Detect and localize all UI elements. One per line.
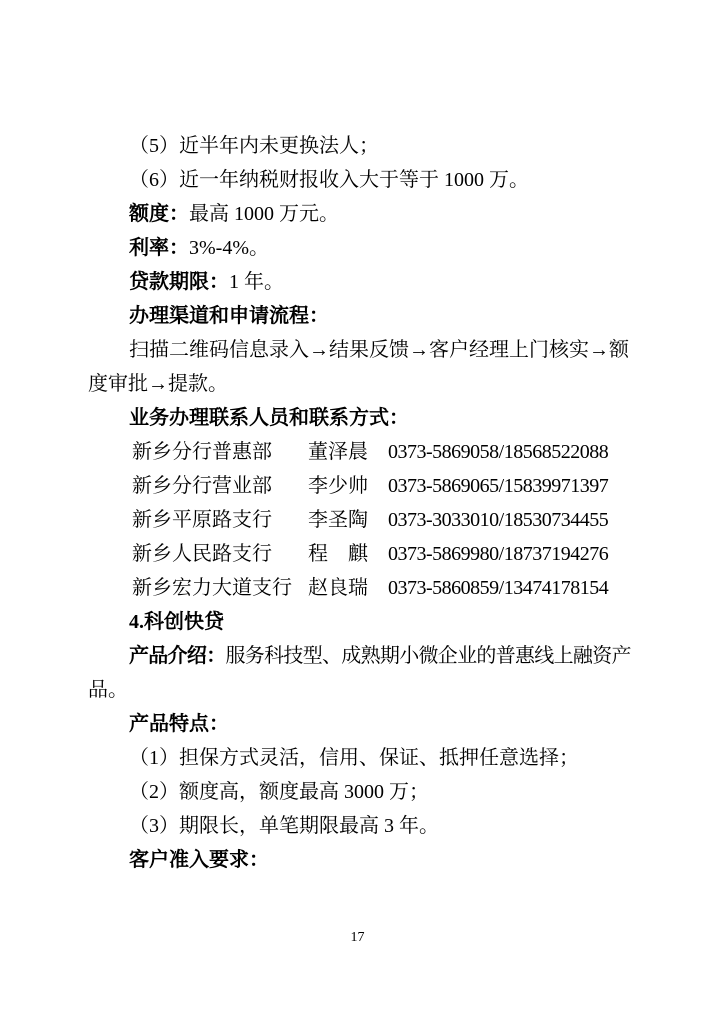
- term-label: 贷款期限：: [129, 271, 229, 293]
- channel-heading: 办理渠道和申请流程：: [88, 299, 629, 333]
- section4-title: 4.科创快贷: [88, 605, 629, 639]
- process-line-1: 扫描二维码信息录入→结果反馈→客户经理上门核实→额: [88, 333, 629, 367]
- rate-label: 利率：: [129, 237, 189, 259]
- phone-cell: 0373-5869065/15839971397: [388, 475, 608, 497]
- quota-line: 额度：最高 1000 万元。: [88, 197, 629, 231]
- contact-name-cell: 程 麒: [308, 537, 388, 571]
- document-page: （5）近半年内未更换法人； （6）近一年纳税财报收入大于等于 1000 万。 额…: [0, 0, 715, 1011]
- page-content: （5）近半年内未更换法人； （6）近一年纳税财报收入大于等于 1000 万。 额…: [88, 129, 629, 877]
- phone-cell: 0373-3033010/18530734455: [388, 509, 608, 531]
- phone-cell: 0373-5869980/18737194276: [388, 543, 608, 565]
- contact-name-cell: 李圣陶: [308, 503, 388, 537]
- clause-5: （5）近半年内未更换法人；: [88, 129, 629, 163]
- rate-value: 3%-4%。: [189, 237, 269, 259]
- clause-6: （6）近一年纳税财报收入大于等于 1000 万。: [88, 163, 629, 197]
- contact-row: 新乡分行普惠部董泽晨0373-5869058/18568522088: [88, 435, 629, 469]
- contact-row: 新乡宏力大道支行赵良瑞0373-5860859/13474178154: [88, 571, 629, 605]
- intro-text: 服务科技型、成熟期小微企业的普惠线上融资产: [226, 645, 631, 667]
- intro-line-2: 品。: [88, 673, 629, 707]
- quota-value: 最高 1000 万元。: [189, 203, 339, 225]
- term-line: 贷款期限：1 年。: [88, 265, 629, 299]
- feature-2: （2）额度高，额度最高 3000 万；: [88, 775, 629, 809]
- contact-row: 新乡平原路支行李圣陶0373-3033010/18530734455: [88, 503, 629, 537]
- contact-row: 新乡分行营业部李少帅0373-5869065/15839971397: [88, 469, 629, 503]
- intro-label: 产品介绍：: [129, 645, 226, 667]
- contact-name-cell: 董泽晨: [308, 435, 388, 469]
- page-number: 17: [0, 929, 715, 947]
- term-value: 1 年。: [229, 271, 284, 293]
- branch-cell: 新乡宏力大道支行: [132, 571, 308, 605]
- quota-label: 额度：: [129, 203, 189, 225]
- contact-name-cell: 赵良瑞: [308, 571, 388, 605]
- contact-row: 新乡人民路支行程 麒0373-5869980/18737194276: [88, 537, 629, 571]
- features-heading: 产品特点：: [88, 707, 629, 741]
- branch-cell: 新乡分行普惠部: [132, 435, 308, 469]
- contacts-heading: 业务办理联系人员和联系方式：: [88, 401, 629, 435]
- feature-1: （1）担保方式灵活，信用、保证、抵押任意选择；: [88, 741, 629, 775]
- phone-cell: 0373-5860859/13474178154: [388, 577, 608, 599]
- branch-cell: 新乡人民路支行: [132, 537, 308, 571]
- intro-line-1: 产品介绍：服务科技型、成熟期小微企业的普惠线上融资产: [88, 639, 629, 673]
- requirements-heading: 客户准入要求：: [88, 843, 629, 877]
- branch-cell: 新乡分行营业部: [132, 469, 308, 503]
- feature-3: （3）期限长，单笔期限最高 3 年。: [88, 809, 629, 843]
- rate-line: 利率：3%-4%。: [88, 231, 629, 265]
- process-line-2: 度审批→提款。: [88, 367, 629, 401]
- contact-name-cell: 李少帅: [308, 469, 388, 503]
- phone-cell: 0373-5869058/18568522088: [388, 441, 608, 463]
- branch-cell: 新乡平原路支行: [132, 503, 308, 537]
